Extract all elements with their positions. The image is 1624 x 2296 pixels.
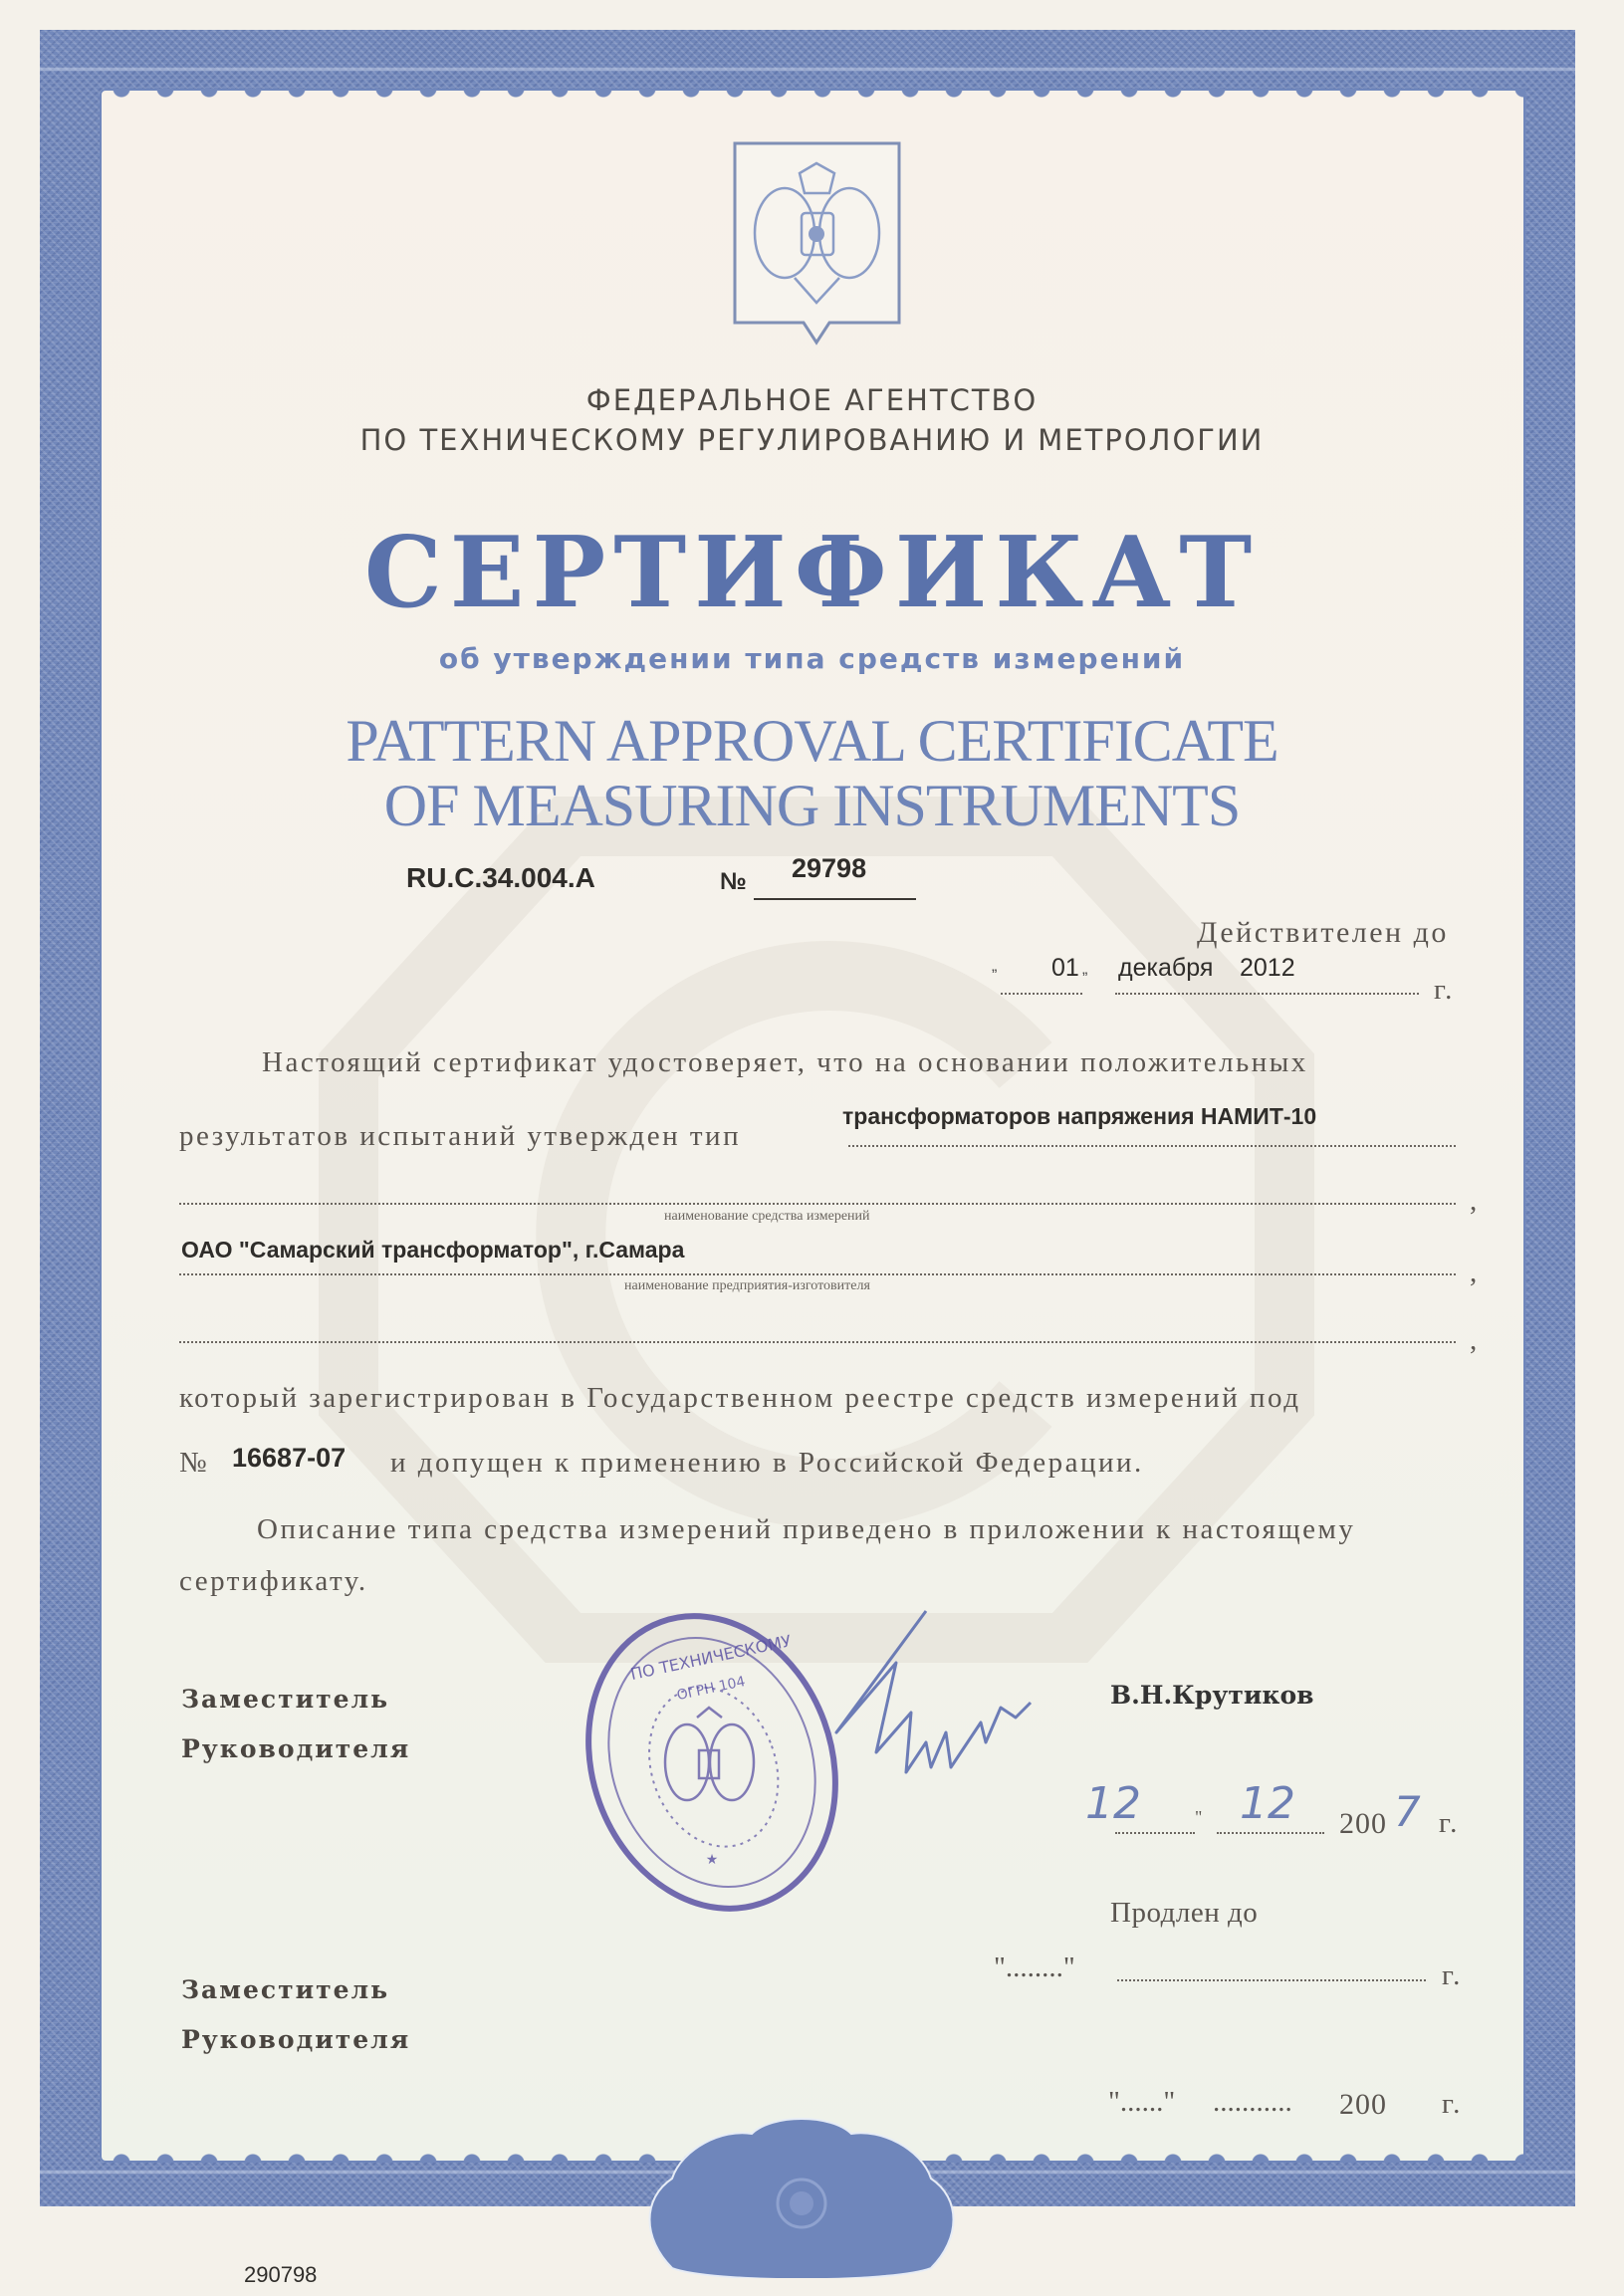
validity-year-suffix: г.	[1434, 974, 1455, 1007]
signature-date-quote: "	[1195, 1807, 1205, 1828]
validity-open-quote: „	[992, 958, 997, 976]
caption-manufacturer: наименование предприятия-изготовителя	[624, 1278, 870, 1294]
certificate-subtitle-ru: об утверждении типа средств измерений	[0, 642, 1624, 675]
certificate-title-ru: СЕРТИФИКАТ	[0, 516, 1624, 630]
certificate-title-en-line1: PATTERN APPROVAL CERTIFICATE	[0, 707, 1624, 776]
certificate-number: 29798	[792, 853, 866, 884]
coat-of-arms-icon	[730, 138, 904, 350]
number-label: №	[720, 868, 747, 896]
certificate-code: RU.C.34.004.A	[406, 862, 595, 894]
paragraph-description-line1: Описание типа средства измерений приведе…	[257, 1513, 1355, 1546]
paragraph-intro-line2: результатов испытаний утвержден тип	[179, 1120, 741, 1153]
signature-year-printed: 200	[1339, 1807, 1387, 1841]
paragraph-intro-line1: Настоящий сертификат удостоверяет, что н…	[262, 1046, 1308, 1079]
signatory-role-line2: Руководителя	[181, 1734, 410, 1763]
signatory-name: В.Н.Крутиков	[1110, 1681, 1314, 1710]
number-underline	[754, 898, 916, 900]
line-comma: ,	[1470, 1324, 1480, 1357]
instrument-name-dots	[179, 1203, 1456, 1205]
signatory-role-line1: Заместитель	[181, 1685, 389, 1714]
extra-line-dots	[179, 1341, 1456, 1343]
registry-number-label: №	[179, 1447, 209, 1480]
instrument-type-dots	[848, 1145, 1456, 1147]
svg-text:★: ★	[706, 1852, 719, 1868]
validity-day-dots	[1001, 993, 1082, 995]
agency-name-line2: ПО ТЕХНИЧЕСКОМУ РЕГУЛИРОВАНИЮ И МЕТРОЛОГ…	[0, 423, 1624, 457]
extension-line2-year: 200	[1339, 2088, 1387, 2122]
signature-day-dots	[1115, 1832, 1195, 1834]
border-band	[40, 68, 1575, 71]
signature-year-handwritten: 7	[1394, 1787, 1421, 1836]
extension-line1-dots	[1117, 1979, 1426, 1981]
validity-close-quote: „	[1082, 961, 1087, 979]
signature-month-dots	[1217, 1832, 1324, 1834]
paragraph-registry-line2: и допущен к применению в Российской Феде…	[390, 1447, 1144, 1480]
extended-until-label: Продлен до	[1110, 1897, 1258, 1930]
caption-instrument-name: наименование средства измерений	[664, 1209, 870, 1225]
line-comma: ,	[1470, 1257, 1480, 1289]
extension-role-line2: Руководителя	[181, 2025, 410, 2054]
validity-date-dots	[1115, 993, 1419, 995]
extension-line2-suffix: г.	[1442, 2088, 1463, 2121]
validity-day: 01	[1051, 954, 1079, 983]
blank-serial-number: 290798	[244, 2262, 317, 2288]
rosette-emblem-icon	[632, 2109, 971, 2278]
manufacturer-name: ОАО "Самарский трансформатор", г.Самара	[181, 1237, 684, 1263]
agency-name-line1: ФЕДЕРАЛЬНОЕ АГЕНТСТВО	[0, 383, 1624, 417]
signature-year-suffix: г.	[1439, 1807, 1460, 1840]
certificate-title-en-line2: OF MEASURING INSTRUMENTS	[0, 772, 1624, 840]
validity-year: 2012	[1240, 954, 1295, 983]
handwritten-signature-icon	[816, 1603, 1045, 1832]
paragraph-registry-line1: который зарегистрирован в Государственно…	[179, 1382, 1300, 1415]
signature-date-month: 12	[1240, 1778, 1295, 1829]
paragraph-description-line2: сертификату.	[179, 1565, 368, 1598]
extension-line1-suffix: г.	[1442, 1959, 1463, 1992]
extension-line2-dots: ...........	[1213, 2086, 1292, 2119]
instrument-type: трансформаторов напряжения НАМИТ-10	[842, 1103, 1316, 1130]
validity-month: декабря	[1118, 954, 1213, 983]
extension-line2-quote: "......"	[1108, 2086, 1175, 2119]
extension-line1-quote: "........"	[994, 1952, 1075, 1984]
line-comma: ,	[1470, 1185, 1480, 1218]
extension-role-line1: Заместитель	[181, 1975, 389, 2004]
registry-number: 16687-07	[232, 1443, 346, 1474]
border-scallop-top	[100, 89, 1525, 103]
valid-until-label: Действителен до	[1197, 916, 1449, 950]
signature-date-day: 12	[1085, 1778, 1141, 1829]
manufacturer-dots	[179, 1273, 1456, 1275]
